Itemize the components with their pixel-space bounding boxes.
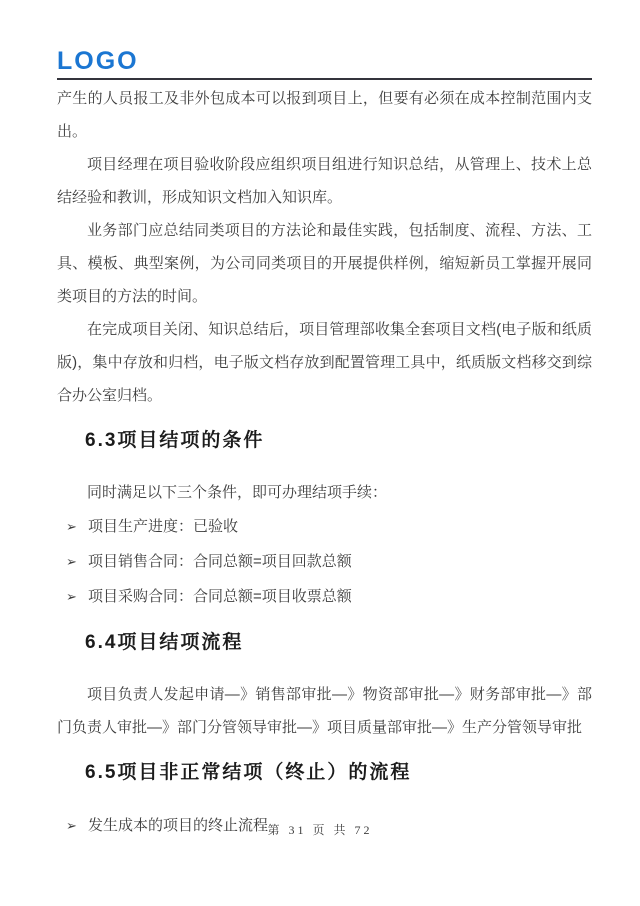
arrow-bullet-icon: ➢ <box>66 544 77 579</box>
section-heading-6-4: 6.4项目结项流程 <box>85 629 592 657</box>
document-page: LOGO 产生的人员报工及非外包成本可以报到项目上，但要有必须在成本控制范围内支… <box>0 0 640 906</box>
list-item-label: 项目采购合同：合同总额=项目收票总额 <box>88 588 352 605</box>
page-number-text: 第 31 页 共 72 <box>267 823 372 837</box>
section-heading-6-5: 6.5项目非正常结项（终止）的流程 <box>85 759 592 787</box>
paragraph-best-practice: 业务部门应总结同类项目的方法论和最佳实践，包括制度、流程、方法、工具、模板、典型… <box>57 214 592 313</box>
section-heading-6-3: 6.3项目结项的条件 <box>85 427 592 455</box>
approval-flow-text: 项目负责人发起申请—》销售部审批—》物资部审批—》财务部审批—》部门负责人审批—… <box>57 678 592 744</box>
closing-conditions-list: ➢ 项目生产进度：已验收 ➢ 项目销售合同：合同总额=项目回款总额 ➢ 项目采购… <box>57 509 592 614</box>
paragraph-cost-report: 产生的人员报工及非外包成本可以报到项目上，但要有必须在成本控制范围内支出。 <box>57 82 592 148</box>
list-item-label: 项目销售合同：合同总额=项目回款总额 <box>88 553 352 570</box>
paragraph-archiving: 在完成项目关闭、知识总结后，项目管理部收集全套项目文档(电子版和纸质版)，集中存… <box>57 313 592 412</box>
company-logo: LOGO <box>57 47 592 75</box>
document-content: 产生的人员报工及非外包成本可以报到项目上，但要有必须在成本控制范围内支出。 项目… <box>0 80 640 843</box>
arrow-bullet-icon: ➢ <box>66 509 77 544</box>
page-footer: 第 31 页 共 72 <box>0 821 640 838</box>
list-item: ➢ 项目生产进度：已验收 <box>57 509 592 544</box>
section-6-3-intro: 同时满足以下三个条件，即可办理结项手续： <box>57 476 592 509</box>
arrow-bullet-icon: ➢ <box>66 579 77 614</box>
paragraph-knowledge-summary: 项目经理在项目验收阶段应组织项目组进行知识总结，从管理上、技术上总结经验和教训，… <box>57 148 592 214</box>
document-header: LOGO <box>0 0 640 80</box>
list-item: ➢ 项目销售合同：合同总额=项目回款总额 <box>57 544 592 579</box>
list-item-label: 项目生产进度：已验收 <box>88 518 238 535</box>
list-item: ➢ 项目采购合同：合同总额=项目收票总额 <box>57 579 592 614</box>
